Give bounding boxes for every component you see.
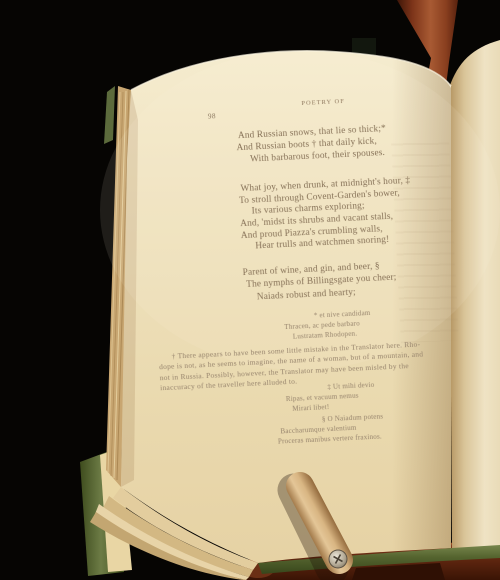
footnote-star-line: Lustratam Rhodopen. bbox=[293, 330, 358, 341]
footnote-section-line: § O Naiadum potens bbox=[322, 412, 384, 423]
poem-stanza-3: Parent of wine, and gin, and beer, § The… bbox=[242, 261, 397, 306]
poem-stanza-1: And Russian snows, that lie so thick;* A… bbox=[236, 124, 388, 168]
footnote-star-line: * et nive candidam bbox=[314, 309, 371, 320]
footnote-dagger-paragraph: † There appears to have been some little… bbox=[158, 339, 424, 393]
footnote-double-dagger-line: Mirari libet! bbox=[292, 403, 329, 413]
footnote-double-dagger-line: ‡ Ut mihi devio bbox=[327, 381, 374, 391]
poem-stanza-2: What joy, when drunk, at midnight's hour… bbox=[238, 176, 413, 254]
book-photo-scene: 98 POETRY OF And Russian snows, that lie… bbox=[0, 0, 500, 580]
book-page: 98 POETRY OF And Russian snows, that lie… bbox=[121, 80, 491, 477]
footnote-double-dagger-line: Ripas, et vacuum nemus bbox=[286, 392, 359, 404]
page-number: 98 bbox=[208, 112, 216, 120]
running-header: POETRY OF bbox=[301, 98, 345, 107]
